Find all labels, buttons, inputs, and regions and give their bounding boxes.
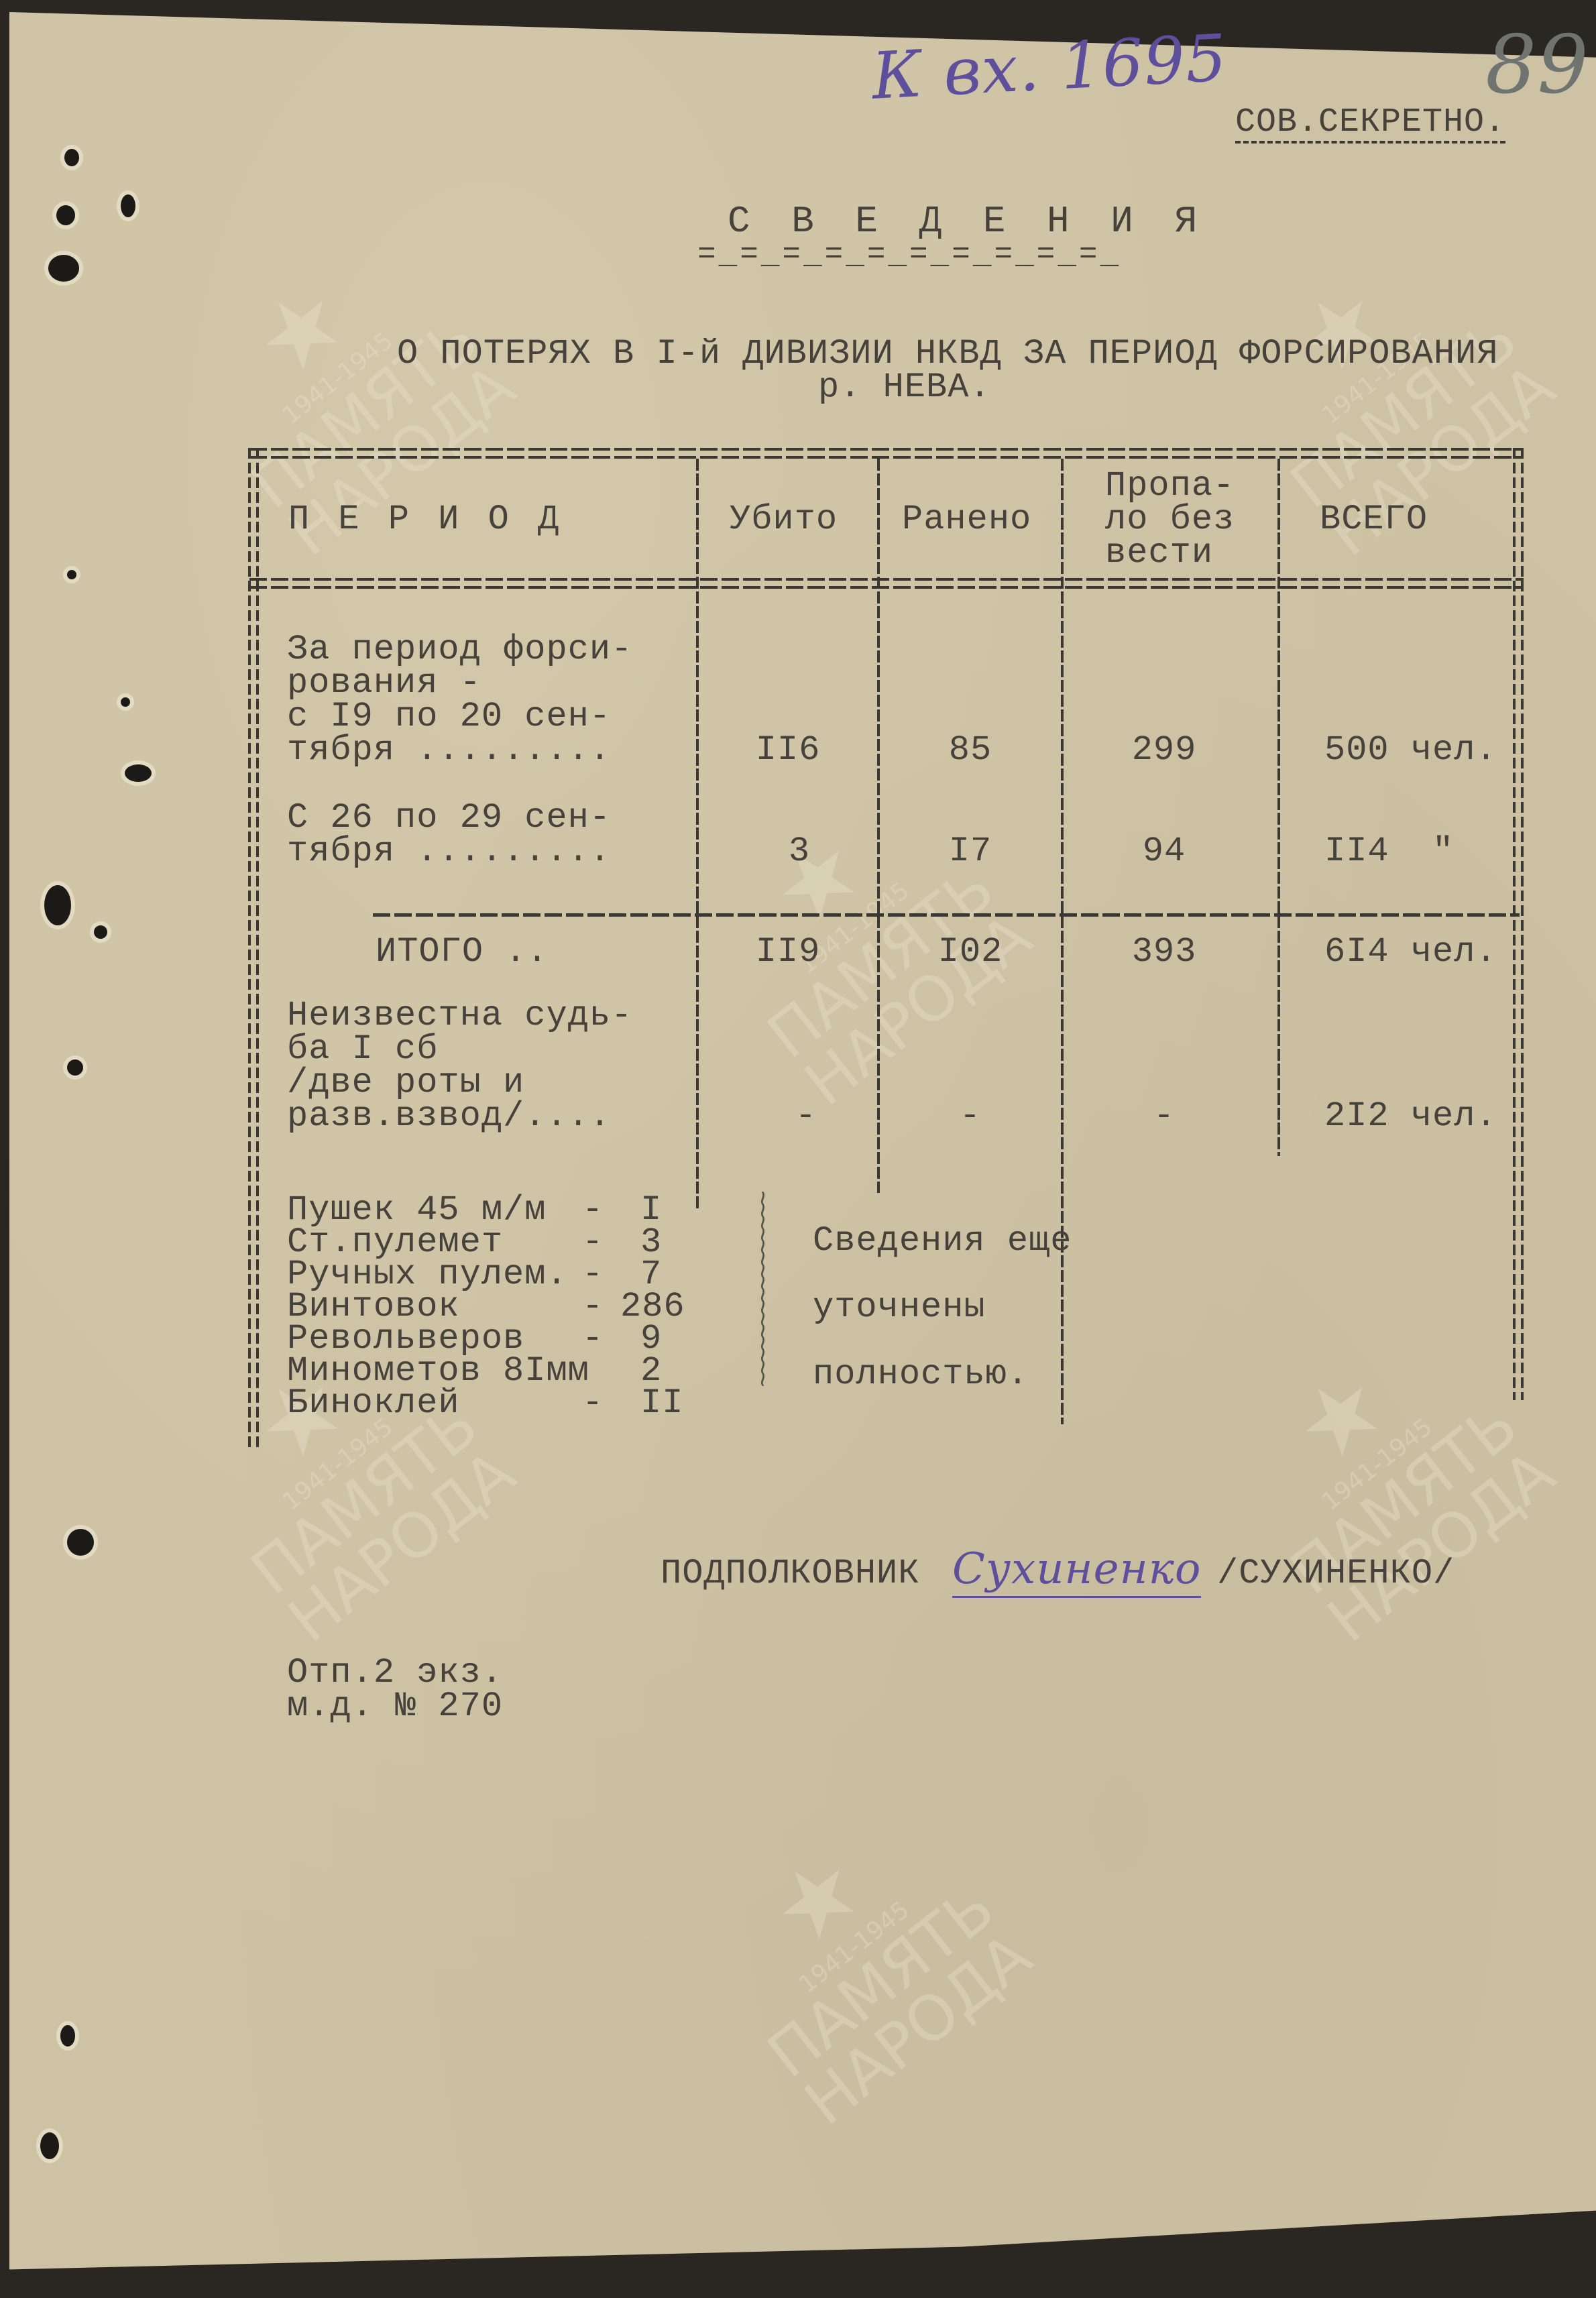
- title-underline: =_=_=_=_=_=_=_=_=_=_: [697, 238, 1121, 272]
- row-period-line: с I9 по 20 сен-: [287, 700, 611, 734]
- copies-note: Отп.2 экз.: [287, 1656, 503, 1690]
- table-top-border: [249, 448, 1524, 459]
- header-total: ВСЕГО: [1320, 503, 1428, 536]
- column-divider: [877, 459, 880, 1193]
- total-wounded: I02: [880, 935, 1061, 969]
- binder-hole: [121, 697, 130, 707]
- row-wounded: -: [880, 1100, 1061, 1133]
- row-wounded: 85: [880, 734, 1061, 767]
- total-missing: 393: [1064, 935, 1265, 969]
- binder-hole: [56, 205, 75, 225]
- row-period-line: /две роты и: [287, 1066, 524, 1100]
- row-period-line: тября .........: [287, 734, 611, 767]
- row-period-line: С 26 по 29 сен-: [287, 801, 611, 835]
- row-missing: 299: [1064, 734, 1265, 767]
- binder-hole: [67, 1529, 94, 1556]
- document-subtitle: О ПОТЕРЯХ В I-й ДИВИЗИИ НКВД ЗА ПЕРИОД Ф…: [397, 337, 1498, 371]
- row-killed: II6: [699, 734, 877, 767]
- row-period-line: Неизвестна судь-: [287, 999, 632, 1033]
- table-right-border: [1513, 448, 1524, 1400]
- note-line: Сведения еще: [813, 1224, 1072, 1258]
- binder-hole: [67, 1059, 83, 1076]
- row-period-line: За период форси-: [287, 633, 632, 667]
- table-left-border: [248, 448, 259, 1450]
- equipment-name: Биноклей: [287, 1387, 460, 1420]
- column-divider: [1277, 459, 1280, 1156]
- row-period-line: ба I сб: [287, 1033, 438, 1066]
- table-header-border: [249, 578, 1524, 589]
- row-total: 500 чел.: [1324, 734, 1497, 767]
- row-period-line: рования -: [287, 667, 481, 700]
- binder-hole: [60, 2025, 75, 2047]
- binder-hole: [94, 925, 107, 939]
- equipment-dash: -: [582, 1387, 604, 1420]
- document-title: С В Е Д Е Н И Я: [728, 205, 1206, 238]
- header-period: П Е Р И О Д: [288, 503, 563, 536]
- row-missing: 94: [1064, 835, 1265, 868]
- signatory-name: /СУХИНЕНКО/: [1217, 1557, 1455, 1591]
- binder-hole: [67, 570, 76, 579]
- total-killed: II9: [699, 935, 877, 969]
- row-period-line: тября .........: [287, 835, 611, 868]
- registry-note: м.д. № 270: [287, 1690, 503, 1723]
- header-killed: Убито: [730, 503, 838, 536]
- document-subtitle-river: р. НЕВА.: [818, 371, 991, 404]
- row-period-line: разв.взвод/....: [287, 1100, 611, 1133]
- total-label: ИТОГО ..: [376, 935, 549, 969]
- row-killed: 3: [699, 835, 900, 868]
- classification-stamp: СОВ.СЕКРЕТНО.: [1235, 106, 1505, 143]
- signatory-rank: ПОДПОЛКОВНИК: [661, 1557, 919, 1591]
- binder-hole: [125, 764, 152, 782]
- handwritten-signature: Сухиненко: [952, 1542, 1201, 1598]
- note-line: полностью.: [813, 1358, 1029, 1391]
- row-total: 2I2 чел.: [1324, 1100, 1497, 1133]
- wavy-bracket: ~~~~~~~~~~~~~~~~: [754, 1190, 770, 1458]
- binder-hole: [64, 149, 79, 166]
- binder-hole: [40, 2132, 59, 2159]
- header-wounded: Ранено: [902, 503, 1031, 536]
- note-line: уточнены: [813, 1291, 986, 1324]
- header-missing-2: ло без: [1105, 503, 1235, 536]
- binder-hole: [44, 885, 71, 925]
- header-missing-1: Пропа-: [1105, 469, 1235, 503]
- total-total: 6I4 чел.: [1324, 935, 1497, 969]
- equipment-value: II: [640, 1387, 683, 1420]
- column-divider: [696, 459, 699, 1208]
- row-total: II4 ": [1324, 835, 1454, 868]
- subtotal-divider: [373, 913, 1520, 917]
- row-missing: -: [1064, 1100, 1265, 1133]
- binder-hole: [121, 194, 135, 217]
- binder-hole: [48, 255, 79, 282]
- row-wounded: I7: [880, 835, 1061, 868]
- header-missing-3: вести: [1105, 536, 1213, 570]
- page-number: 89: [1485, 19, 1589, 113]
